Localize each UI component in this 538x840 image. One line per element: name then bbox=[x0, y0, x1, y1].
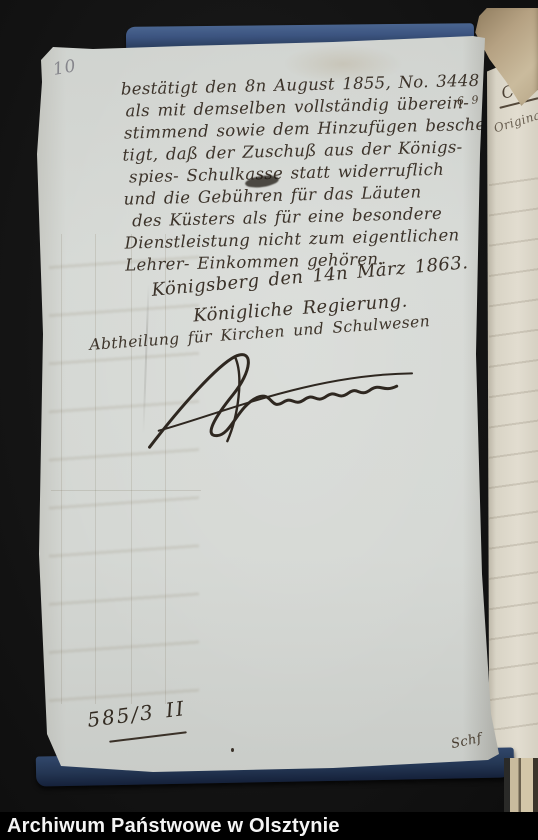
bleedthrough-column-line bbox=[131, 234, 132, 704]
marginal-number: 6 9 bbox=[457, 93, 481, 108]
ink-bleedthrough-texture bbox=[49, 244, 199, 704]
reference-underline bbox=[109, 731, 187, 742]
next-page-edge: Copie Original bbox=[487, 50, 538, 766]
pencil-folio-number: 10 bbox=[51, 56, 78, 80]
next-page-subheading: Original bbox=[492, 107, 538, 136]
bleedthrough-row-line bbox=[51, 490, 201, 491]
bleedthrough-column-line bbox=[61, 234, 62, 704]
bleedthrough-column-line bbox=[95, 234, 96, 704]
next-page-faint-writing bbox=[489, 170, 538, 730]
stacked-page-edges bbox=[504, 758, 538, 812]
page-edge-initials: Schf bbox=[450, 731, 484, 752]
manuscript-page: 10 bestätigt den 8n August 1855, No. 344… bbox=[33, 34, 505, 779]
archive-name-label: Archiwum Państwowe w Olsztynie bbox=[7, 815, 340, 838]
signature-flourish bbox=[138, 332, 433, 457]
bleedthrough-column-line bbox=[165, 234, 166, 704]
archive-caption-bar: Archiwum Państwowe w Olsztynie bbox=[0, 812, 538, 840]
ink-speck bbox=[231, 748, 234, 752]
archive-photo-background: Copie Original 10 bestätigt den 8n Augus… bbox=[0, 0, 538, 840]
manuscript-body: bestätigt den 8n August 1855, No. 3448 a… bbox=[121, 69, 504, 276]
